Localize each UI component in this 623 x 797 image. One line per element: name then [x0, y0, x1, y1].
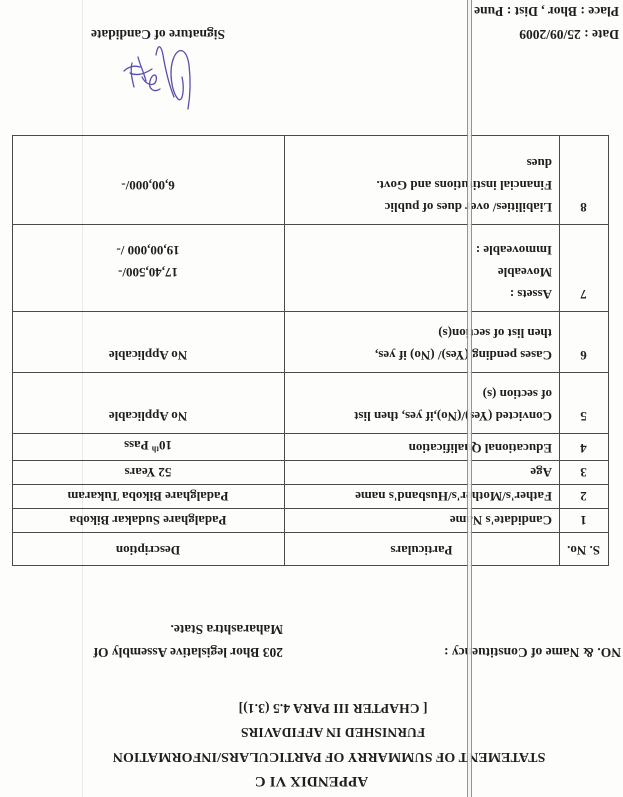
row-description: 52 Years	[13, 461, 285, 485]
particulars-line: then list of section(s)	[291, 322, 552, 344]
document-subtitle-3: [ CHAPTER III PARA 4.5 (3.1)]	[63, 700, 603, 716]
row-sno: 5	[560, 372, 609, 433]
row-description: 6,00,000/-	[13, 135, 285, 224]
table-row: 1 Candidate's Name Padalghare Sudakar Bi…	[13, 509, 609, 533]
table-header-row: S. No. Particulars Description	[13, 533, 609, 566]
description-line: 19,00,000 /-	[19, 239, 277, 261]
particulars-line: Immoveable :	[291, 239, 552, 261]
candidate-signature	[98, 37, 218, 117]
row-description: 10th Pass	[13, 433, 285, 460]
particulars-line: Convicted (Yes)/(No),if yes, then list	[291, 405, 552, 427]
date-text: Date : 25/09/2009	[519, 26, 619, 42]
document-subtitle-1: STATEMENT OF SUMMARRY OF PARTICULARS/INF…	[59, 748, 599, 764]
particulars-line: of section (s)	[291, 383, 552, 405]
document-title: APPENDIX VI C	[0, 772, 623, 789]
table-row: 3 Age 52 Years	[13, 461, 609, 485]
row-sno: 8	[560, 135, 609, 224]
description-line	[19, 152, 277, 174]
education-value: 10th Pass	[124, 438, 172, 453]
row-sno: 2	[560, 485, 609, 509]
row-description: 17,40,500/- 19,00,000 /-	[13, 224, 285, 311]
table-row: 6 Cases pending (Yes)/ (No) if yes, then…	[13, 311, 609, 372]
place-text: Place : Bhor , Dist : Pune	[474, 3, 619, 19]
description-line: 17,40,500/-	[19, 261, 277, 283]
table-row: 5 Convicted (Yes)/(No),if yes, then list…	[13, 372, 609, 433]
table-row: 2 Father's/Mother's/Husband's name Padal…	[13, 485, 609, 509]
row-particulars: Father's/Mother's/Husband's name	[285, 485, 560, 509]
row-particulars: Candidate's Name	[285, 509, 560, 533]
row-sno: 3	[560, 461, 609, 485]
row-sno: 6	[560, 311, 609, 372]
description-line	[19, 283, 277, 305]
particulars-line: Liabilities/ over dues of public	[291, 196, 552, 218]
description-line: No Applicable	[19, 405, 277, 427]
description-line	[19, 196, 277, 218]
particulars-line: Moveable	[291, 261, 552, 283]
header-description: Description	[13, 533, 285, 566]
particulars-line: Assets :	[291, 283, 552, 305]
affidavit-page: APPENDIX VI C STATEMENT OF SUMMARRY OF P…	[0, 0, 623, 797]
particulars-line: dues	[291, 152, 552, 174]
row-particulars: Cases pending (Yes)/ (No) if yes, then l…	[285, 311, 560, 372]
row-particulars: Assets : Moveable Immoveable :	[285, 224, 560, 311]
table-row: 4 Educational Qualification 10th Pass	[13, 433, 609, 460]
particulars-line: Cases pending (Yes)/ (No) if yes,	[291, 344, 552, 366]
particulars-line: Financial institutions and Govt.	[291, 174, 552, 196]
row-particulars: Convicted (Yes)/(No),if yes, then list o…	[285, 372, 560, 433]
document-subtitle-2: FURNISHED IN AFFIDAVIRS	[63, 724, 603, 740]
row-sno: 1	[560, 509, 609, 533]
particulars-table: S. No. Particulars Description 1 Candida…	[12, 135, 609, 566]
row-particulars: Age	[285, 461, 560, 485]
row-description: Padalghare Bikoba Tukaram	[13, 485, 285, 509]
row-sno: 7	[560, 224, 609, 311]
constituency-value-line1: 203 Bhor legislative Assembly Of	[93, 644, 283, 660]
row-description: Padalghare Sudakar Bikoba	[13, 509, 285, 533]
constituency-value-line2: Maharashtra State.	[171, 621, 283, 637]
row-description: No Applicable	[13, 372, 285, 433]
header-particulars: Particulars	[285, 533, 560, 566]
row-particulars: Liabilities/ over dues of public Financi…	[285, 135, 560, 224]
table-row: 7 Assets : Moveable Immoveable : 17,40,5…	[13, 224, 609, 311]
description-line: No Applicable	[19, 344, 277, 366]
table-row: 8 Liabilities/ over dues of public Finan…	[13, 135, 609, 224]
scan-line-artifact	[467, 0, 472, 797]
row-sno: 4	[560, 433, 609, 460]
description-line: 6,00,000/-	[19, 174, 277, 196]
row-description: No Applicable	[13, 311, 285, 372]
constituency-block: NO. & Name of Constituency : 203 Bhor le…	[0, 610, 623, 660]
header-sno: S. No.	[560, 533, 609, 566]
row-particulars: Educational Qualification	[285, 433, 560, 460]
